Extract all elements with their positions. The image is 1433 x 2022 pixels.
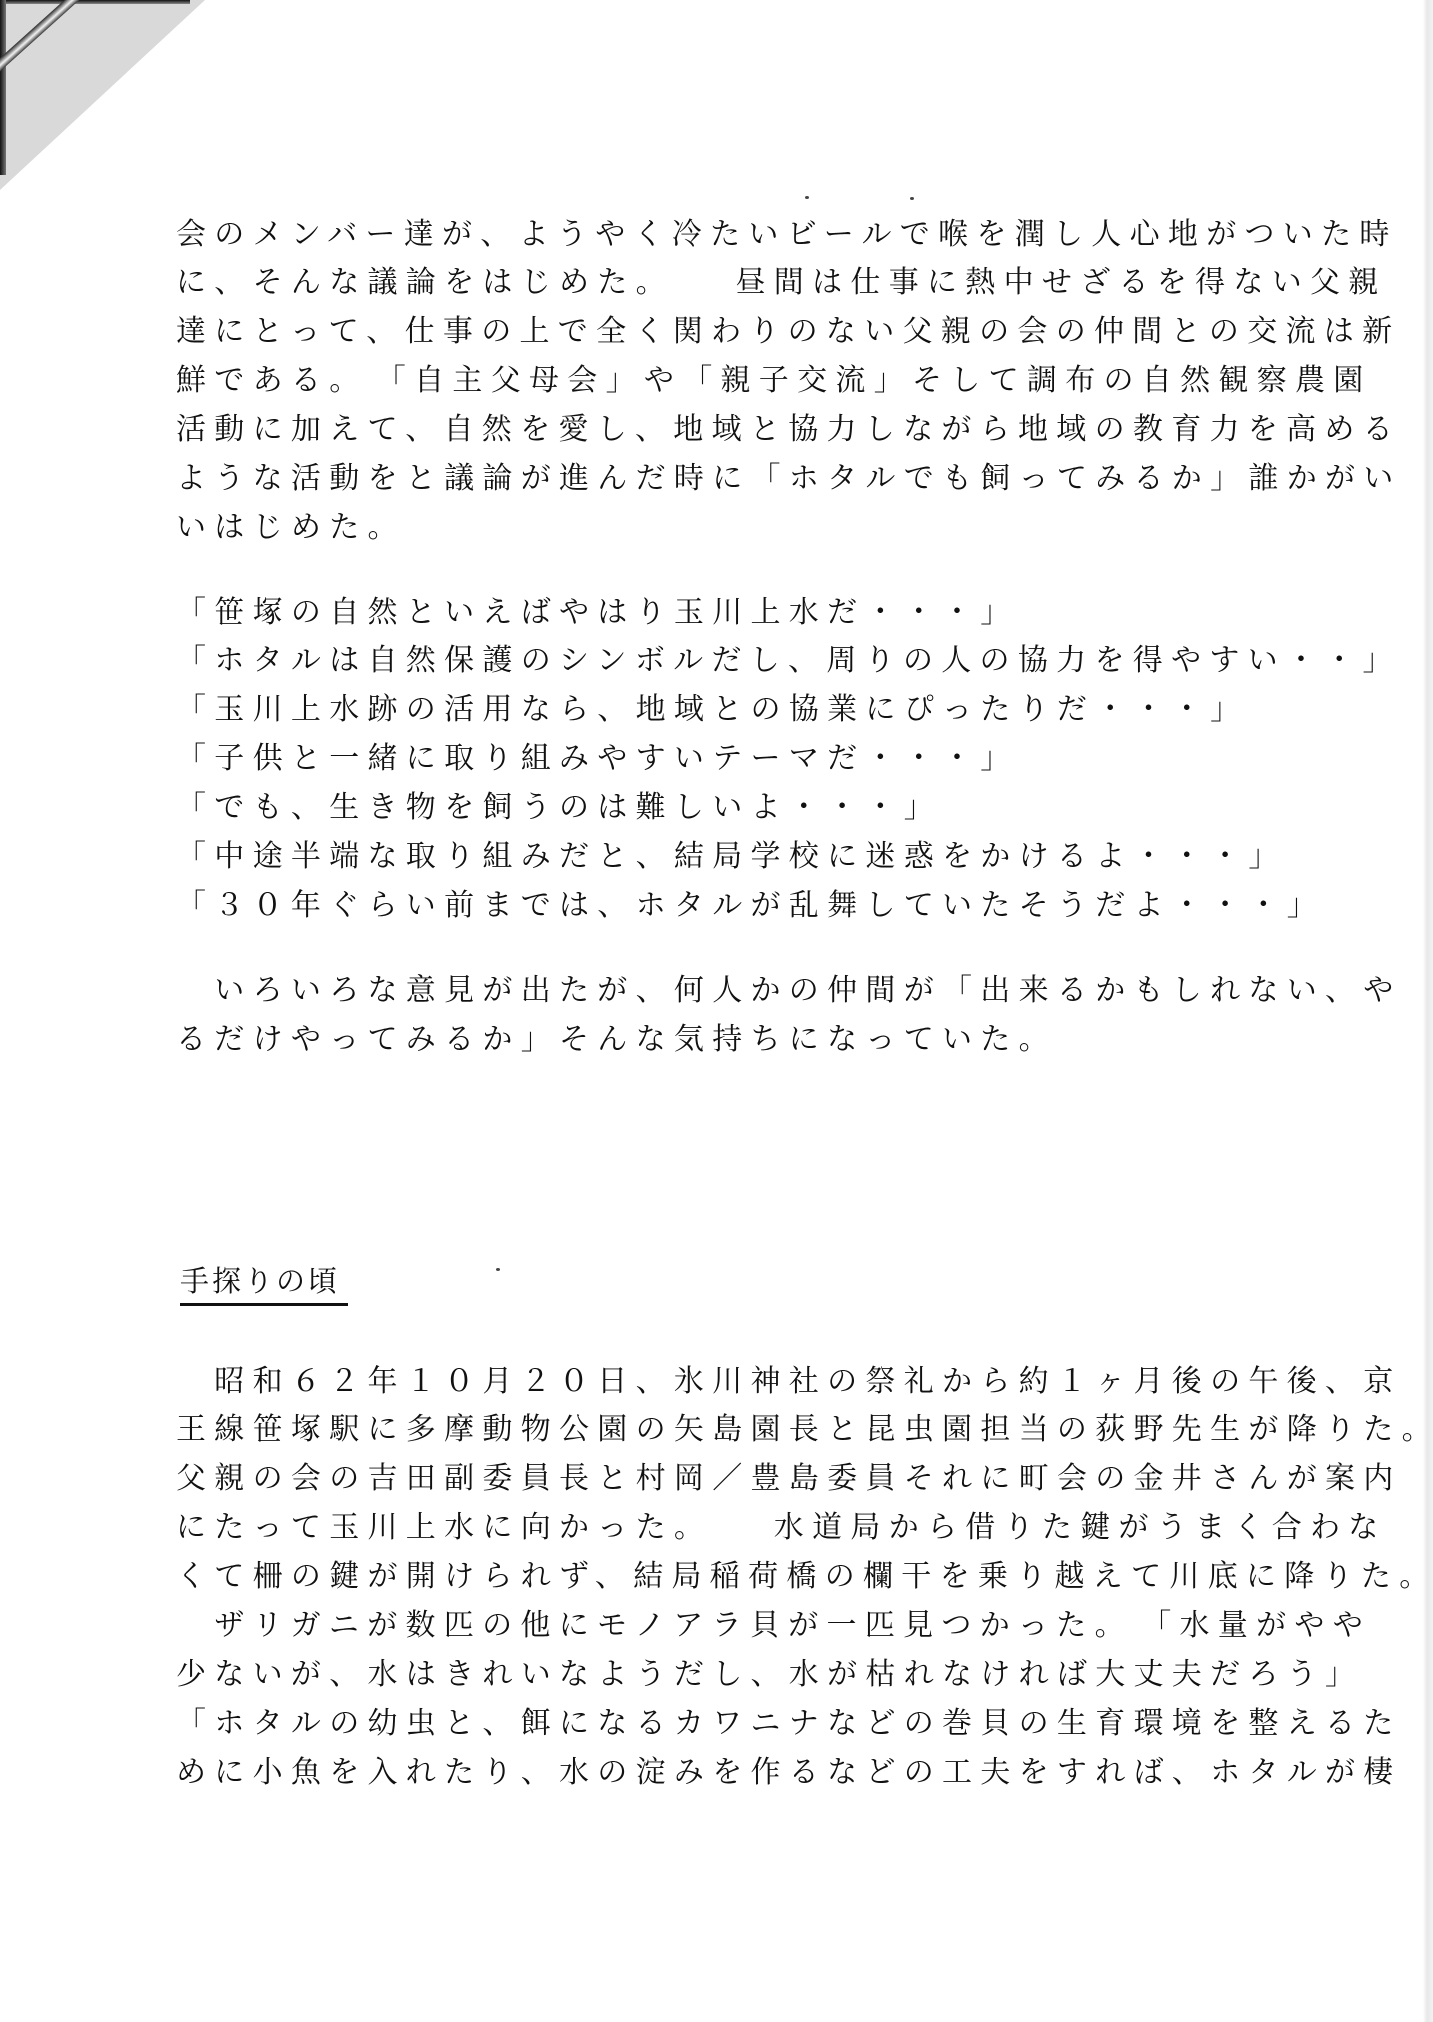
- quote-line: 「３０年ぐらい前までは、ホタルが乱舞していたそうだよ・・・」: [176, 891, 1325, 921]
- fold-top-edge: [0, 0, 190, 4]
- quote-line: 「玉川上水跡の活用なら、地域との協業にぴったりだ・・・」: [176, 695, 1248, 725]
- scan-speck: [910, 197, 914, 200]
- text-line: 活動に加えて、自然を愛し、地域と協力しながら地域の教育力を高める: [176, 415, 1401, 445]
- text-line: るだけやってみるか」そんな気持ちになっていた。: [176, 1025, 1057, 1055]
- text-line: いろいろな意見が出たが、何人かの仲間が「出来るかもしれない、や: [176, 976, 1402, 1006]
- scan-right-edge: [1423, 0, 1433, 2022]
- scan-speck: [496, 1268, 500, 1271]
- quote-line: 「中途半端な取り組みだと、結局学校に迷惑をかけるよ・・・」: [176, 842, 1287, 872]
- text-line: 会のメンバー達が、ようやく冷たいビールで喉を潤し人心地がついた時: [176, 220, 1398, 250]
- text-line: いはじめた。: [176, 513, 406, 543]
- quote-line: 「笹塚の自然といえばやはり玉川上水だ・・・」: [176, 598, 1019, 628]
- quote-line: 「子供と一緒に取り組みやすいテーマだ・・・」: [176, 744, 1019, 774]
- text-line: に、そんな議論をはじめた。 昼間は仕事に熱中せざるを得ない父親: [176, 268, 1387, 298]
- text-line: にたって玉川上水に向かった。 水道局から借りた鍵がうまく合わな: [176, 1513, 1387, 1543]
- quote-line: 「ホタルは自然保護のシンボルだし、周りの人の協力を得やすい・・」: [176, 646, 1401, 676]
- text-line: 達にとって、仕事の上で全く関わりのない父親の会の仲間との交流は新: [176, 317, 1400, 347]
- fold-left-edge: [0, 0, 6, 175]
- page-corner-fold: [0, 0, 215, 200]
- text-line: 父親の会の吉田副委員長と村岡／豊島委員それに町会の金井さんが案内: [176, 1464, 1402, 1494]
- text-line: 少ないが、水はきれいなようだし、水が枯れなければ大丈夫だろう」: [176, 1660, 1363, 1690]
- quote-line: 「でも、生き物を飼うのは難しいよ・・・」: [176, 793, 942, 823]
- text-line: 「ホタルの幼虫と、餌になるカワニナなどの巻貝の生育環境を整えるた: [176, 1709, 1402, 1739]
- text-line: ような活動をと議論が進んだ時に「ホタルでも飼ってみるか」誰かがい: [176, 464, 1402, 494]
- scan-speck: [805, 196, 809, 199]
- text-line: ザリガニが数匹の他にモノアラ貝が一匹見つかった。 「水量がやや: [176, 1611, 1371, 1641]
- text-line: 鮮である。 「自主父母会」や「親子交流」そして調布の自然観察農園: [176, 366, 1372, 396]
- text-line: 王線笹塚駅に多摩動物公園の矢島園長と昆虫園担当の荻野先生が降りた。: [176, 1415, 1433, 1445]
- text-line: 昭和６２年１０月２０日、氷川神社の祭礼から約１ヶ月後の午後、京: [176, 1367, 1402, 1397]
- section-heading: 手探りの頃: [180, 1266, 340, 1296]
- text-line: めに小魚を入れたり、水の淀みを作るなどの工夫をすれば、ホタルが棲: [176, 1758, 1402, 1788]
- heading-underline: [180, 1303, 348, 1306]
- text-line: くて柵の鍵が開けられず、結局稲荷橋の欄干を乗り越えて川底に降りた。: [176, 1562, 1433, 1592]
